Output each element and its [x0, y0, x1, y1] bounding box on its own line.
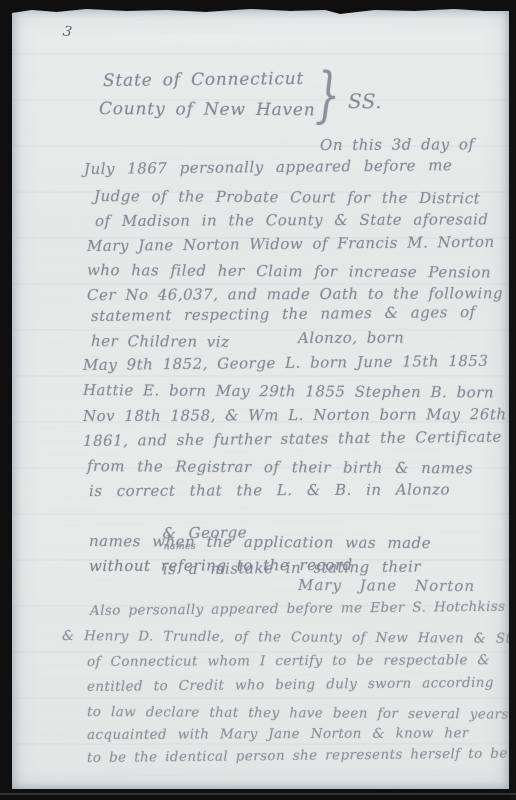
- doc-line: Nov 18th 1858, & Wm L. Norton born May 2…: [83, 405, 507, 425]
- doc-line: Cer No 46,037, and made Oath to the foll…: [87, 284, 503, 304]
- doc-line: of Connecticut whom I certify to be resp…: [87, 652, 490, 670]
- heading-ss-abbreviation: SS.: [348, 89, 382, 113]
- doc-line: & Henry D. Trundle, of the County of New…: [62, 628, 509, 647]
- doc-line: of Madison in the County & State aforesa…: [95, 210, 489, 230]
- doc-line: is correct that the L. & B. in Alonzo: [89, 480, 450, 500]
- doc-line: Judge of the Probate Court for the Distr…: [94, 187, 480, 207]
- page-number-mark: 3: [62, 23, 73, 40]
- scan-border-bottom: [0, 793, 516, 795]
- signature-mary-jane-norton: Mary Jane Norton: [298, 576, 475, 595]
- doc-line: her Children viz: [91, 332, 230, 351]
- doc-line: without refering to the record: [89, 556, 353, 575]
- heading-brace: }: [315, 65, 340, 125]
- doc-line: acquainted with Mary Jane Norton & know …: [87, 725, 469, 743]
- doc-line: Hattie E. born May 29th 1855 Stephen B. …: [83, 381, 494, 402]
- doc-line: July 1867 personally appeared before me: [84, 156, 453, 178]
- doc-line: statement respecting the names & ages of: [91, 303, 476, 325]
- paper-page: 3 State of Connecticut County of New Hav…: [12, 9, 509, 789]
- doc-line: On this 3d day of: [320, 135, 475, 154]
- heading-county-line: County of New Haven: [99, 99, 316, 120]
- heading-state-line: State of Connecticut: [103, 69, 304, 91]
- document-scan: 3 State of Connecticut County of New Hav…: [0, 0, 516, 800]
- doc-line: names when the application was made: [89, 532, 431, 552]
- doc-line: Mary Jane Norton Widow of Francis M. Nor…: [87, 233, 495, 255]
- doc-line: Also personally appeared before me Eber …: [90, 599, 506, 619]
- doc-line: Alonzo, born: [298, 329, 404, 347]
- doc-line: who has filed her Claim for increase Pen…: [87, 261, 491, 281]
- scan-border-right: [509, 40, 516, 800]
- doc-line: entitled to Credit who being duly sworn …: [87, 675, 494, 695]
- doc-line: to law declare that they have been for s…: [87, 704, 509, 723]
- doc-line: 1861, and she further states that the Ce…: [83, 428, 502, 450]
- doc-line: May 9th 1852, George L. born June 15th 1…: [83, 352, 489, 374]
- doc-line: to be the identical person she represent…: [87, 746, 508, 766]
- doc-line: from the Registrar of their birth & name…: [87, 457, 473, 477]
